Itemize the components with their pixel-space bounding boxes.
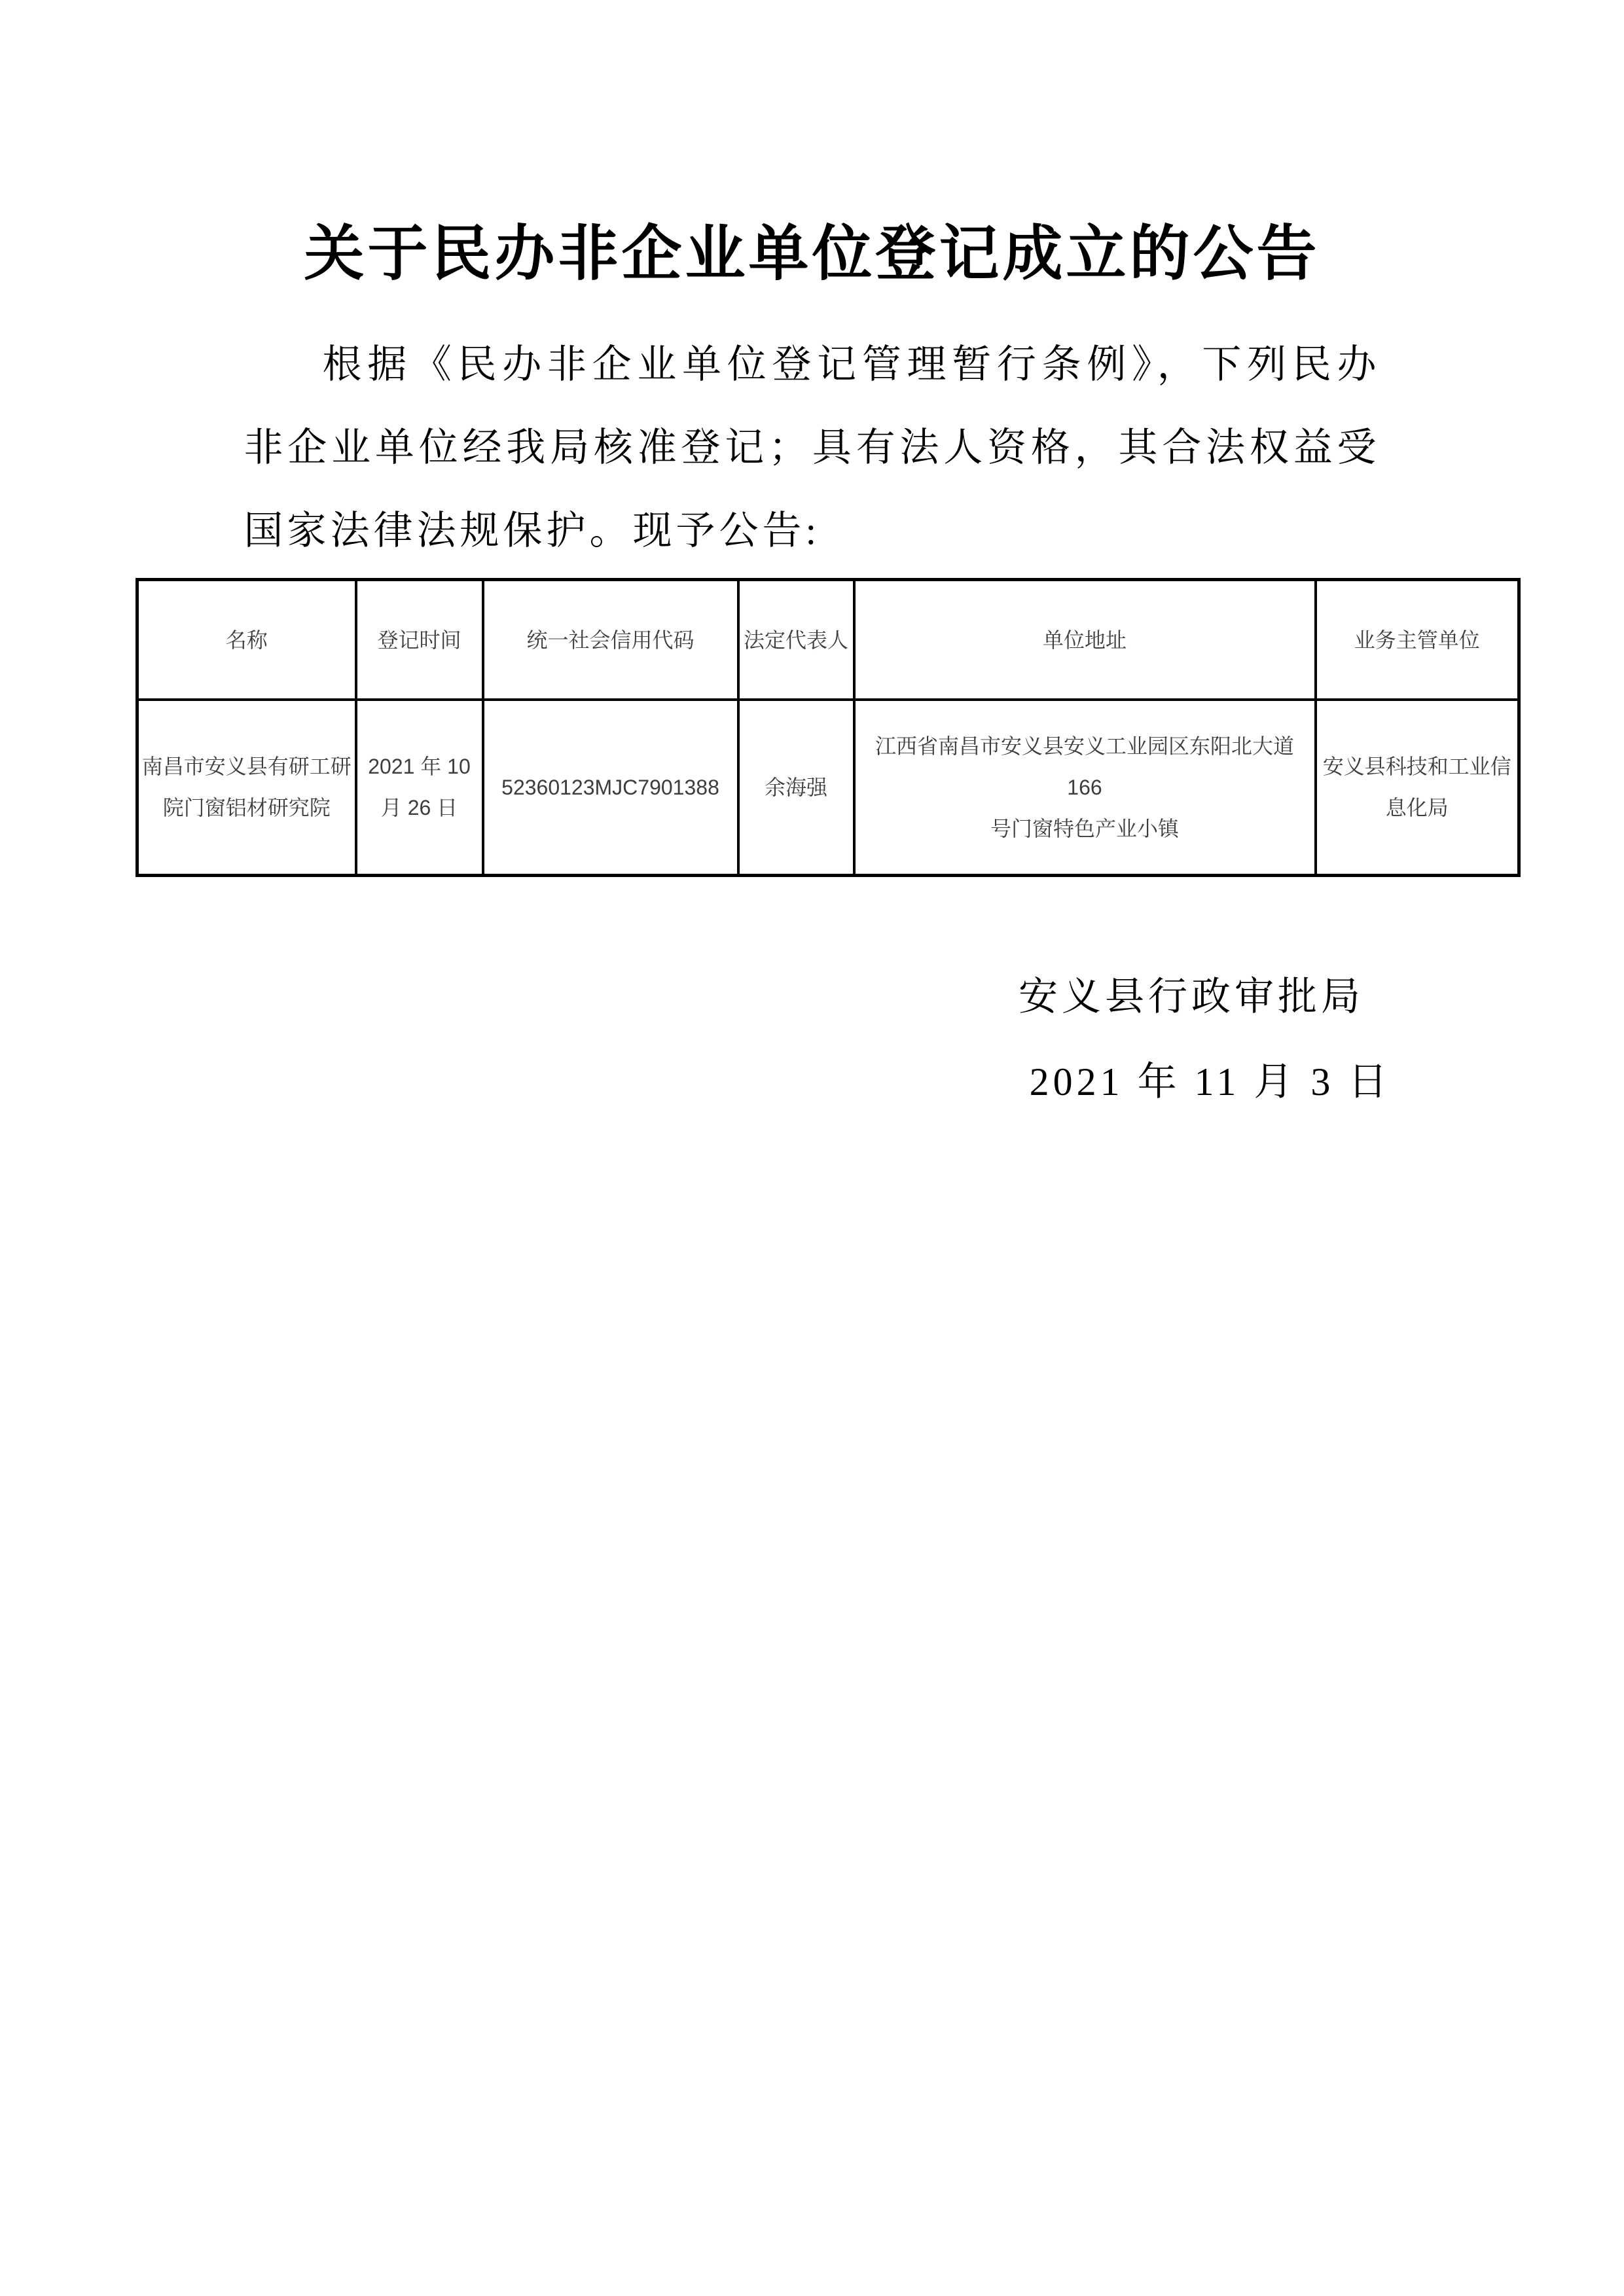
issue-date: 2021 年 11 月 3 日: [952, 1039, 1430, 1124]
table-row: 南昌市安义县有研工研 院门窗铝材研究院 2021 年 10 月 26 日 523…: [137, 700, 1519, 876]
cell-credit-code: 52360123MJC7901388: [483, 700, 738, 876]
cell-registration-time: 2021 年 10 月 26 日: [356, 700, 483, 876]
header-unit-address: 单位地址: [854, 580, 1316, 700]
header-credit-code: 统一社会信用代码: [483, 580, 738, 700]
document-body: 关于民办非企业单位登记成立的公告 根据《民办非企业单位登记管理暂行条例》，下列民…: [0, 0, 1624, 1124]
cell-unit-name: 南昌市安义县有研工研 院门窗铝材研究院: [137, 700, 356, 876]
registration-table: 名称 登记时间 统一社会信用代码 法定代表人 单位地址 业务主管单位 南昌市安义…: [135, 578, 1521, 877]
cell-legal-representative: 余海强: [738, 700, 854, 876]
issuing-authority-signature: 安义县行政审批局: [952, 954, 1430, 1039]
header-legal-representative: 法定代表人: [738, 580, 854, 700]
intro-paragraph: 根据《民办非企业单位登记管理暂行条例》，下列民办非企业单位经我局核准登记；具有法…: [244, 323, 1380, 573]
table-header-row: 名称 登记时间 统一社会信用代码 法定代表人 单位地址 业务主管单位: [137, 580, 1519, 700]
cell-supervising-unit: 安义县科技和工业信 息化局: [1316, 700, 1519, 876]
closing-block: 安义县行政审批局 2021 年 11 月 3 日: [952, 954, 1430, 1124]
header-supervising-unit: 业务主管单位: [1316, 580, 1519, 700]
cell-unit-address: 江西省南昌市安义县安义工业园区东阳北大道 166 号门窗特色产业小镇: [854, 700, 1316, 876]
header-name: 名称: [137, 580, 356, 700]
header-registration-time: 登记时间: [356, 580, 483, 700]
page-title: 关于民办非企业单位登记成立的公告: [0, 223, 1624, 285]
announcement-page: 关于民办非企业单位登记成立的公告 根据《民办非企业单位登记管理暂行条例》，下列民…: [0, 0, 1624, 2296]
